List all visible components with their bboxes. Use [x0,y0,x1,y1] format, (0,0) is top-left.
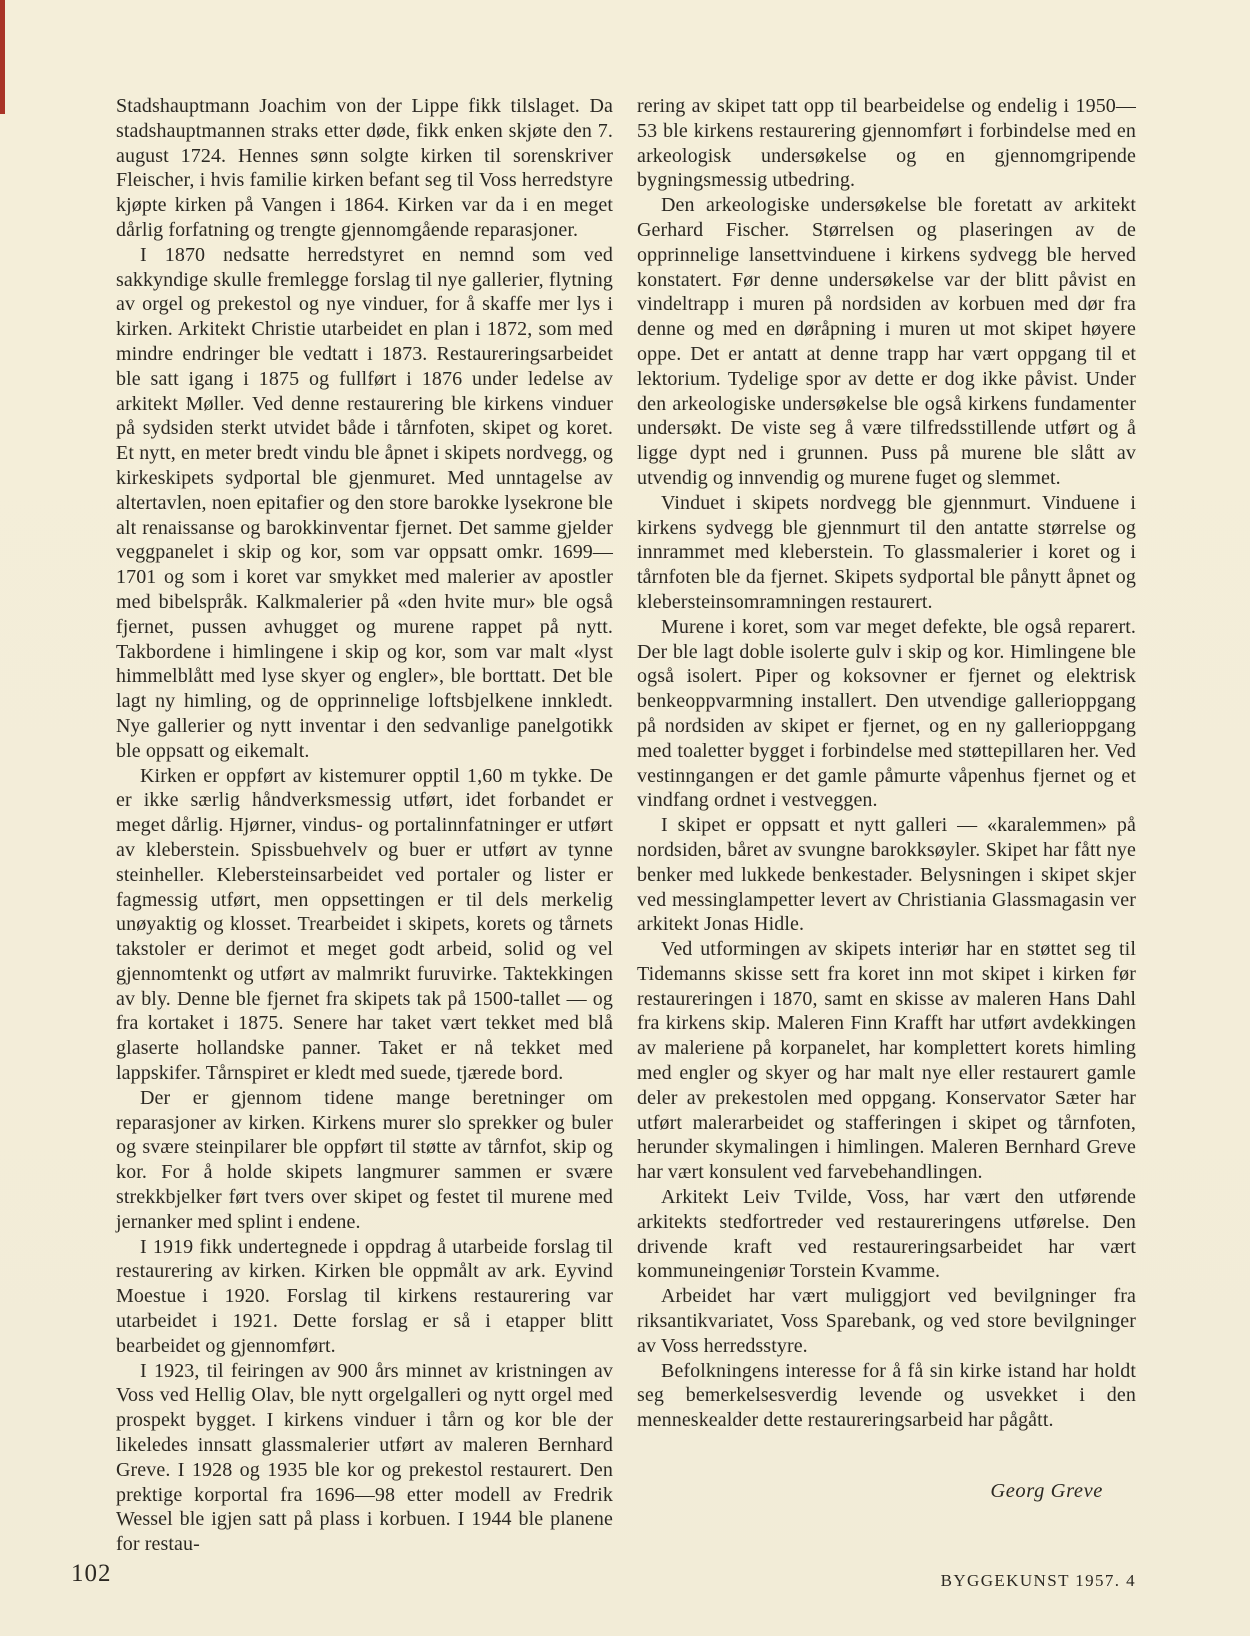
paragraph: Der er gjennom tidene mange beretninger … [116,1086,613,1235]
paragraph: I 1870 nedsatte herredstyret en nemnd so… [116,243,613,764]
red-edge-mark [0,0,5,114]
paragraph: Kirken er oppført av kistemurer opptil 1… [116,764,613,1086]
left-text-column: Stadshauptmann Joachim von der Lippe fik… [116,94,613,1557]
paragraph: Befolkningens interesse for å få sin kir… [637,1359,1136,1433]
paragraph: rering av skipet tatt opp til bearbeidel… [637,94,1136,193]
paragraph: I skipet er oppsatt et nytt galleri — «k… [637,813,1136,937]
paragraph: Ved utformingen av skipets interiør har … [637,937,1136,1185]
paragraph: I 1919 fikk undertegnede i oppdrag å uta… [116,1235,613,1359]
paragraph: Vinduet i skipets nordvegg ble gjennmurt… [637,491,1136,615]
paragraph: Den arkeologiske undersøkelse ble foreta… [637,193,1136,491]
paragraph: Stadshauptmann Joachim von der Lippe fik… [116,94,613,243]
paragraph: Arkitekt Leiv Tvilde, Voss, har vært den… [637,1185,1136,1284]
page-number: 102 [71,1560,112,1588]
paragraph: Arbeidet har vært muliggjort ved bevilgn… [637,1284,1136,1358]
journal-reference: BYGGEKUNST 1957. 4 [637,1571,1136,1591]
paragraph: Murene i koret, som var meget defekte, b… [637,615,1136,813]
right-text-column: rering av skipet tatt opp til bearbeidel… [637,94,1136,1433]
paragraph: I 1923, til feiringen av 900 års minnet … [116,1359,613,1557]
magazine-page: Stadshauptmann Joachim von der Lippe fik… [0,0,1250,1636]
author-signature: Georg Greve [637,1480,1103,1503]
